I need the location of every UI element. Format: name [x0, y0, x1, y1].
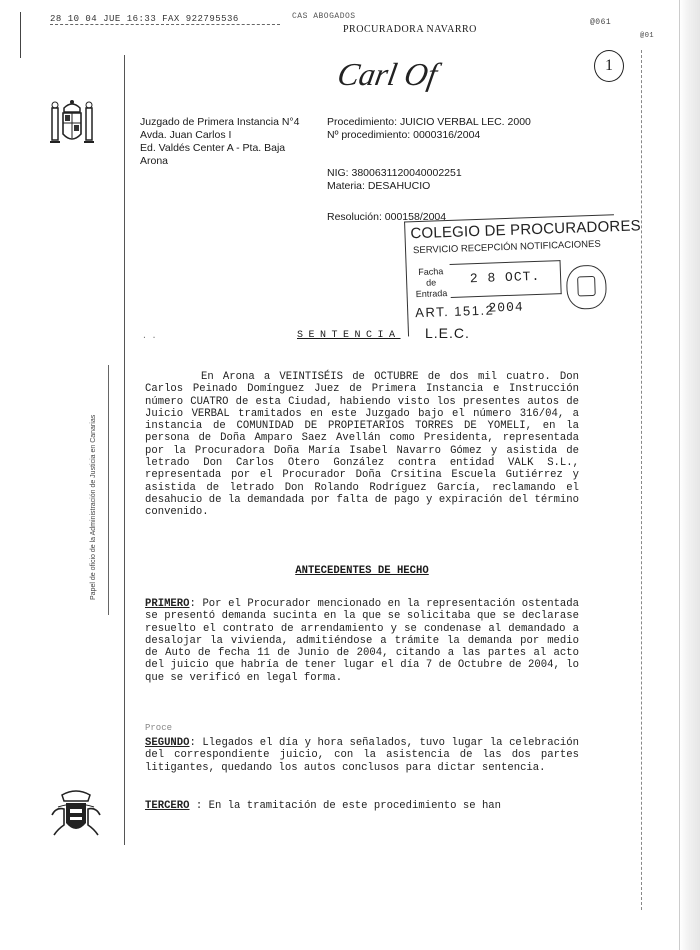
scan-left-mark	[20, 12, 21, 58]
side-divider	[108, 365, 109, 615]
page-number-circle: 1	[594, 50, 624, 82]
fax-header-line: 28 10 04 JUE 16:33 FAX 922795536	[50, 14, 280, 25]
court-line: Avda. Juan Carlos I	[140, 129, 299, 142]
handwritten-signature: Carl Of	[335, 56, 440, 93]
stamp-date: 2 8 OCT. 2004	[450, 260, 562, 298]
stamp-article: ART. 151.2	[415, 302, 495, 320]
fax-page-code: @061	[590, 18, 611, 27]
court-address: Juzgado de Primera Instancia N°4 Avda. J…	[140, 116, 299, 168]
court-line: Arona	[140, 155, 299, 168]
paragraph-label: SEGUNDO	[145, 737, 190, 749]
case-identifiers: NIG: 3800631120040002251 Materia: DESAHU…	[327, 167, 462, 193]
stamp-subtitle: SERVICIO RECEPCIÓN NOTIFICACIONES	[413, 239, 601, 257]
paragraph-segundo: SEGUNDO: Llegados el día y hora señalado…	[145, 737, 579, 774]
right-margin-line	[641, 50, 642, 910]
procedure-number: Nº procedimiento: 0000316/2004	[327, 129, 531, 142]
fax-page-code-2: @01	[640, 32, 654, 40]
procedure-type: Procedimiento: JUICIO VERBAL LEC. 2000	[327, 116, 531, 129]
canarias-coat-of-arms-icon	[48, 785, 104, 841]
stamp-left-border	[404, 221, 409, 336]
stamp-date-label: Facha de Entrada	[414, 266, 449, 300]
fax-sender: CAS ABOGADOS	[292, 12, 356, 21]
paragraph-text: : Llegados el día y hora señalados, tuvo…	[145, 737, 579, 774]
stamp-seal-icon	[566, 265, 608, 310]
paragraph-label: PRIMERO	[145, 598, 190, 610]
marginal-note: Proce	[145, 723, 172, 733]
fax-header: 28 10 04 JUE 16:33 FAX 922795536	[50, 14, 280, 25]
spain-coat-of-arms-icon	[48, 98, 96, 148]
section-heading: ANTECEDENTES DE HECHO	[145, 565, 579, 577]
fax-recipient: PROCURADORA NAVARRO	[343, 24, 477, 35]
paragraph-primero: PRIMERO: Por el Procurador mencionado en…	[145, 598, 579, 684]
subject-matter: Materia: DESAHUCIO	[327, 180, 462, 193]
document-title: SENTENCIA	[297, 330, 401, 341]
paragraph-label: TERCERO	[145, 800, 190, 812]
intro-paragraph: En Arona a VEINTISÉIS de OCTUBRE de dos …	[145, 371, 579, 519]
court-line: Juzgado de Primera Instancia N°4	[140, 116, 299, 129]
stamp-lec: L.E.C.	[425, 325, 470, 341]
paragraph-text: : En la tramitación de este procedimient…	[190, 800, 502, 812]
paragraph-text: : Por el Procurador mencionado en la rep…	[145, 598, 579, 684]
official-paper-note: Papel de oficio de la Administración de …	[90, 415, 97, 600]
reception-stamp: COLEGIO DE PROCURADORES SERVICIO RECEPCI…	[404, 215, 608, 337]
procedure-info: Procedimiento: JUICIO VERBAL LEC. 2000 N…	[327, 116, 531, 142]
scan-edge	[679, 0, 700, 950]
court-line: Ed. Valdés Center A - Pta. Baja	[140, 142, 299, 155]
scan-speck: . .	[142, 332, 156, 341]
paragraph-tercero: TERCERO : En la tramitación de este proc…	[145, 800, 579, 812]
left-margin-line	[124, 55, 125, 845]
nig-number: NIG: 3800631120040002251	[327, 167, 462, 180]
